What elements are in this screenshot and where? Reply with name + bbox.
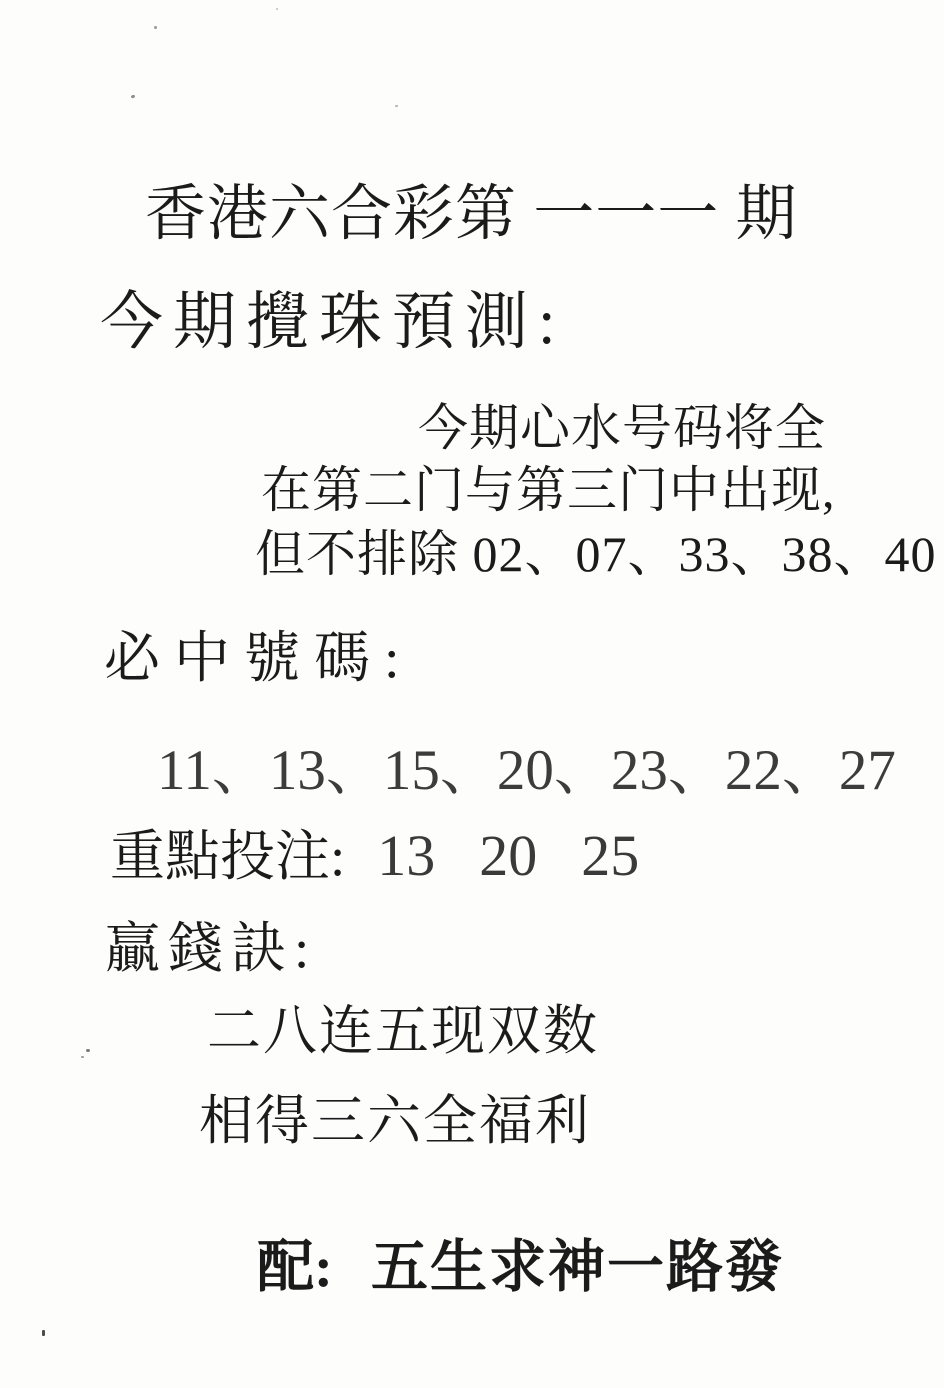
scan-speck bbox=[42, 1330, 45, 1336]
key-bet-number: 13 bbox=[377, 823, 435, 888]
formula-line-2: 相得三六全福利 bbox=[199, 1091, 591, 1151]
match-text: 五生求神一路發 bbox=[371, 1236, 784, 1299]
winning-formula-label: 贏錢訣: bbox=[105, 918, 317, 980]
key-bet-label: 重點投注: bbox=[110, 826, 345, 887]
forecast-line-1: 今期心水号码将全 bbox=[418, 400, 826, 456]
key-bet-number: 20 bbox=[479, 823, 537, 888]
forecast-heading: 今期攪珠預測: bbox=[100, 287, 566, 358]
forecast-line-2: 在第二门与第三门中出现, bbox=[261, 462, 836, 518]
forecast-line-3: 但不排除 02、07、33、38、40 bbox=[255, 526, 937, 582]
key-bet-row: 重點投注:132025 bbox=[110, 824, 639, 889]
match-row: 配:五生求神一路發 bbox=[257, 1236, 784, 1300]
formula-line-1: 二八连五现双数 bbox=[207, 1001, 599, 1061]
scan-speck bbox=[395, 105, 398, 107]
key-bet-number: 25 bbox=[581, 823, 639, 888]
scanned-lottery-document: 香港六合彩第 一一一 期 今期攪珠預測: 今期心水号码将全 在第二门与第三门中出… bbox=[0, 0, 944, 1388]
scan-speck bbox=[131, 94, 136, 98]
scan-speck bbox=[81, 1056, 84, 1058]
lottery-title: 香港六合彩第 一一一 期 bbox=[145, 181, 798, 249]
scan-speck bbox=[276, 8, 278, 10]
scan-speck bbox=[154, 26, 157, 29]
must-hit-label: 必中號碼: bbox=[104, 628, 414, 691]
scan-speck bbox=[86, 1049, 90, 1052]
match-label: 配: bbox=[257, 1236, 333, 1299]
must-hit-numbers: 11、13、15、20、23、22、27 bbox=[157, 739, 896, 803]
